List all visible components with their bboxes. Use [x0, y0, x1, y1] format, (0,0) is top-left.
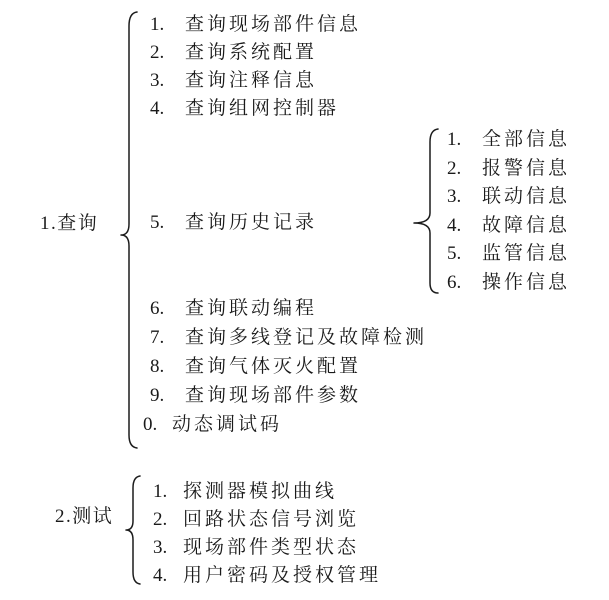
item-number: 2.: [153, 506, 183, 534]
item-label: 全部信息: [482, 129, 570, 150]
history-sub-items: 1.全部信息 2.报警信息 3.联动信息 4.故障信息 5.监管信息 6.操作信…: [447, 126, 570, 297]
item-label: 操作信息: [482, 272, 570, 293]
menu-item: 7.查询多线登记及故障检测: [150, 323, 427, 352]
section-label-test: 2.测试: [55, 503, 113, 531]
item-number: 4.: [153, 562, 183, 590]
test-items: 1.探测器模拟曲线 2.回路状态信号浏览 3.现场部件类型状态 4.用户密码及授…: [153, 478, 381, 590]
item-number: 1.: [150, 11, 185, 39]
item-number: 3.: [447, 183, 482, 212]
item-number: 8.: [150, 352, 185, 381]
item-number: 2.: [447, 155, 482, 184]
query-item-5: 5.查询历史记录: [150, 209, 317, 237]
menu-item: 9.查询现场部件参数: [150, 381, 427, 410]
submenu-item: 4.故障信息: [447, 212, 570, 241]
item-number: 9.: [150, 381, 185, 410]
menu-item: 1.探测器模拟曲线: [153, 478, 381, 506]
item-label: 查询现场部件参数: [185, 385, 361, 406]
item-label: 查询历史记录: [185, 212, 317, 233]
submenu-item: 1.全部信息: [447, 126, 570, 155]
item-label: 探测器模拟曲线: [183, 481, 337, 502]
test-brace-icon: [126, 476, 140, 584]
menu-item: 1.查询现场部件信息: [150, 11, 361, 39]
item-label: 查询现场部件信息: [185, 14, 361, 35]
submenu-item: 2.报警信息: [447, 155, 570, 184]
item-number: 3.: [153, 534, 183, 562]
query-items-6-0: 6.查询联动编程 7.查询多线登记及故障检测 8.查询气体灭火配置 9.查询现场…: [150, 294, 427, 439]
item-label: 现场部件类型状态: [183, 537, 359, 558]
item-label: 查询气体灭火配置: [185, 356, 361, 377]
item-number: 4.: [447, 212, 482, 241]
item-label: 联动信息: [482, 186, 570, 207]
menu-item: 4.查询组网控制器: [150, 95, 361, 123]
menu-item: 3.现场部件类型状态: [153, 534, 381, 562]
item-label: 监管信息: [482, 243, 570, 264]
item-label: 报警信息: [482, 158, 570, 179]
menu-item: 3.查询注释信息: [150, 67, 361, 95]
item-number: 5.: [150, 209, 185, 237]
item-number: 4.: [150, 95, 185, 123]
query-items-1-4: 1.查询现场部件信息 2.查询系统配置 3.查询注释信息 4.查询组网控制器: [150, 11, 361, 123]
item-number: 7.: [150, 323, 185, 352]
item-label: 用户密码及授权管理: [183, 565, 381, 586]
menu-item: 8.查询气体灭火配置: [150, 352, 427, 381]
item-number: 6.: [447, 269, 482, 298]
query-brace-icon: [121, 12, 137, 448]
item-label: 故障信息: [482, 215, 570, 236]
menu-item: 0.动态调试码: [143, 410, 427, 439]
item-number: 6.: [150, 294, 185, 323]
item-number: 0.: [143, 410, 172, 439]
menu-item: 2.查询系统配置: [150, 39, 361, 67]
item-label: 查询系统配置: [185, 42, 317, 63]
section-label-query: 1.查询: [40, 210, 98, 238]
item-label: 查询注释信息: [185, 70, 317, 91]
item-label: 查询多线登记及故障检测: [185, 327, 427, 348]
menu-item: 4.用户密码及授权管理: [153, 562, 381, 590]
menu-item: 5.查询历史记录: [150, 209, 317, 237]
history-brace-icon: [414, 129, 438, 293]
item-label: 动态调试码: [172, 414, 282, 435]
menu-tree-diagram: 1.查询 1.查询现场部件信息 2.查询系统配置 3.查询注释信息 4.查询组网…: [0, 0, 609, 600]
item-number: 1.: [153, 478, 183, 506]
submenu-item: 6.操作信息: [447, 269, 570, 298]
item-number: 1.: [447, 126, 482, 155]
item-label: 查询联动编程: [185, 298, 317, 319]
item-label: 回路状态信号浏览: [183, 509, 359, 530]
submenu-item: 3.联动信息: [447, 183, 570, 212]
menu-item: 6.查询联动编程: [150, 294, 427, 323]
item-label: 查询组网控制器: [185, 98, 339, 119]
item-number: 2.: [150, 39, 185, 67]
menu-item: 2.回路状态信号浏览: [153, 506, 381, 534]
item-number: 3.: [150, 67, 185, 95]
submenu-item: 5.监管信息: [447, 240, 570, 269]
item-number: 5.: [447, 240, 482, 269]
